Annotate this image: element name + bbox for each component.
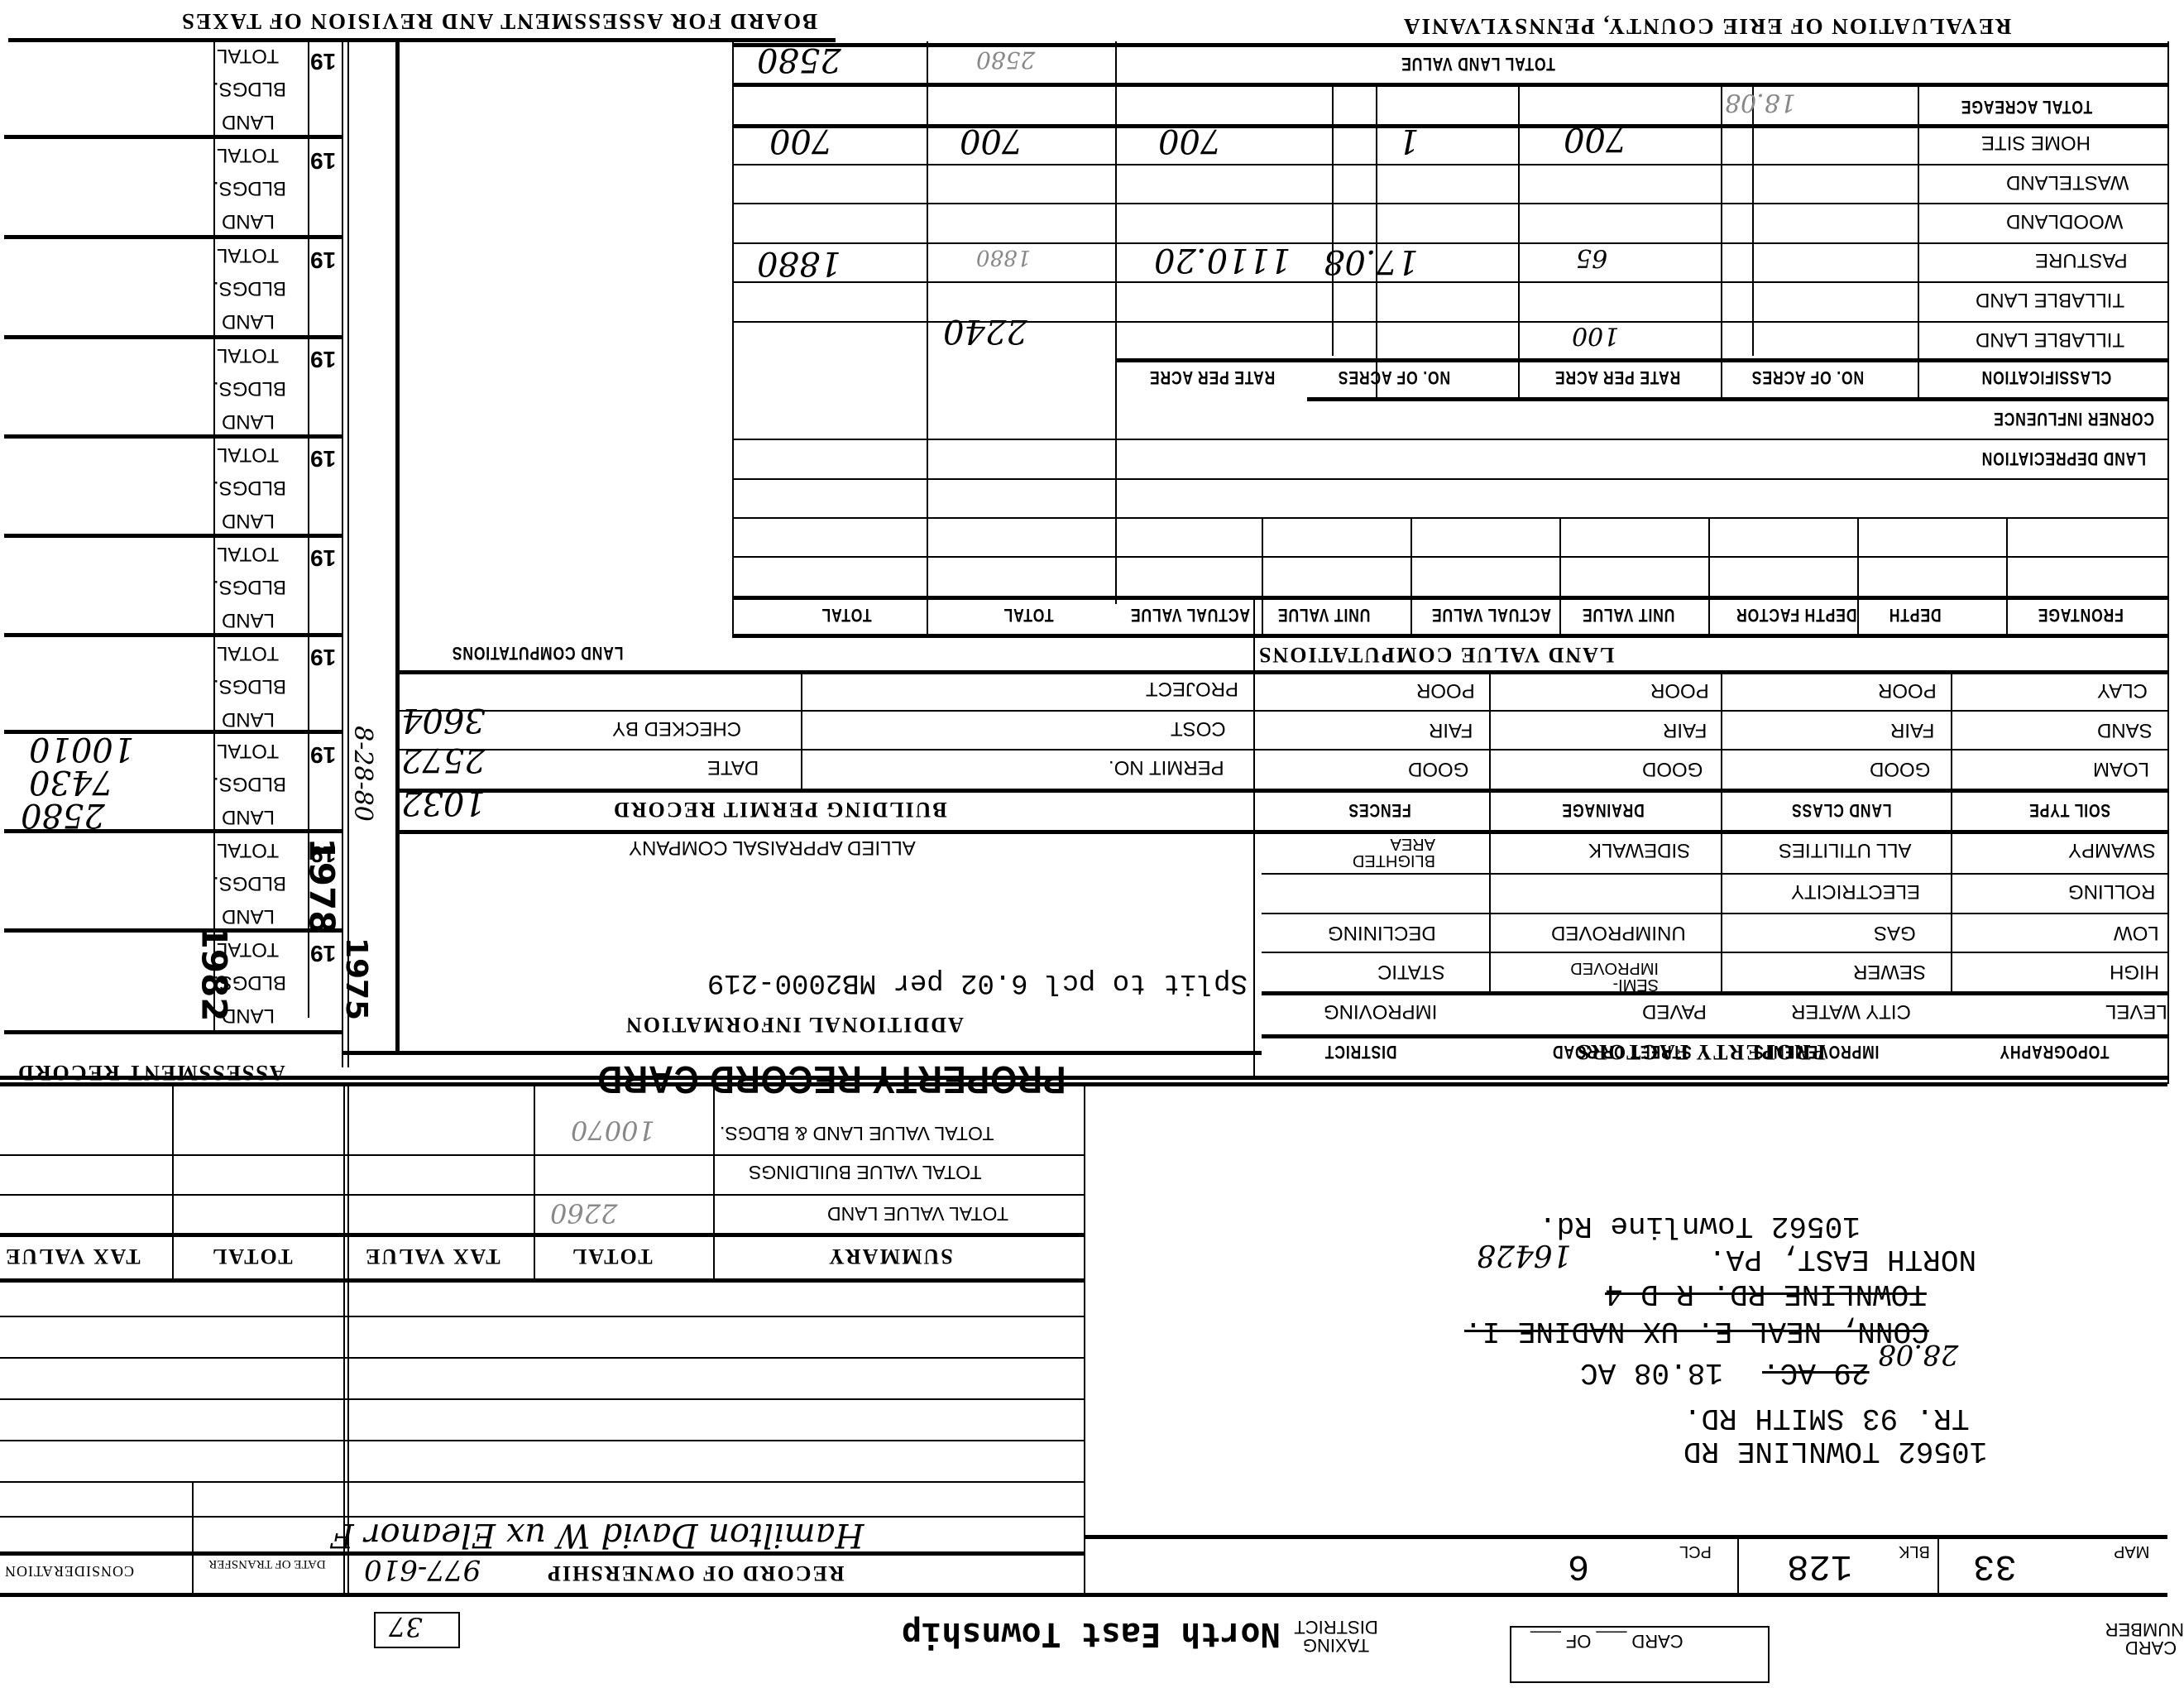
rating-good-1: GOOD <box>1870 759 1930 779</box>
address-zip: 16428 <box>1477 1240 1572 1269</box>
col-depth-factor: DEPTH FACTOR <box>1736 606 1856 624</box>
rating-poor-3: POOR <box>1416 680 1475 700</box>
label-total: TOTAL <box>217 544 279 563</box>
street-unimproved: UNIMPROVED <box>1551 923 1686 942</box>
map-label: MAP <box>2114 1543 2149 1560</box>
year-prefix: 19 <box>310 942 336 965</box>
permit-handwritten-3: 3604 <box>401 703 486 736</box>
impr-city-water: CITY WATER <box>1791 1001 1911 1021</box>
summary-col-total-1: TOTAL <box>571 1245 653 1267</box>
land-class-header: LAND CLASS <box>1791 801 1891 819</box>
label-land: LAND <box>222 112 275 132</box>
district-blighted-area: BLIGHTED AREA <box>1319 836 1435 869</box>
pasture-total: 1880 <box>757 247 841 280</box>
district-declining: DECLINING <box>1328 923 1436 942</box>
permit-handwritten-1: 1032 <box>401 786 486 819</box>
label-total: TOTAL <box>217 643 279 663</box>
total-land-value-label: TOTAL LAND VALUE <box>1401 55 1555 73</box>
impr-electricity: ELECTRICITY <box>1791 881 1920 901</box>
label-bldgs: BLDGS. <box>213 676 286 696</box>
land-computations-label: LAND COMPUTATIONS <box>452 644 624 662</box>
record-of-ownership-title: RECORD OF OWNERSHIP <box>546 1562 845 1584</box>
label-land: LAND <box>222 906 275 926</box>
pasture-value-b: 1880 <box>976 247 1031 268</box>
summary-land-bldgs-total: 10070 <box>571 1117 655 1144</box>
home-site-rate: 700 <box>1564 122 1626 156</box>
card-number-label: CARD NUMBER <box>2118 1620 2184 1657</box>
year-prefix: 19 <box>310 645 336 669</box>
district-box-number: 37 <box>389 1614 423 1640</box>
label-total: TOTAL <box>217 444 279 464</box>
rating-fair-1: FAIR <box>1890 720 1934 740</box>
pcl-label: PCL <box>1679 1543 1712 1560</box>
taxing-district-value: North East Township <box>902 1618 1281 1651</box>
fences-header: FENCES <box>1348 801 1411 819</box>
label-total: TOTAL <box>217 741 279 760</box>
corner-influence-label: CORNER INFLUENCE <box>1993 410 2154 428</box>
soil-loam: LOAM <box>2093 759 2149 779</box>
col-unit-value-1: UNIT VALUE <box>1582 606 1674 624</box>
summary-col-total-2: TOTAL <box>211 1245 293 1267</box>
rating-fair-2: FAIR <box>1663 720 1707 740</box>
label-land: LAND <box>222 709 275 729</box>
land-depreciation-label: LAND DEPRECIATION <box>1981 449 2146 468</box>
date-of-transfer-label: DATE OF TRANSFER <box>197 1557 338 1570</box>
label-bldgs: BLDGS. <box>213 378 286 398</box>
assessment-land-value: 2580 <box>21 798 105 832</box>
year-prefix: 19 <box>310 447 336 470</box>
topo-high: HIGH <box>2110 961 2159 981</box>
total-land-value: 2580 <box>757 43 841 76</box>
pcl-value: 6 <box>1568 1547 1589 1584</box>
year-prefix: 19 <box>310 743 336 766</box>
appraisal-company: ALLIED APPRAISAL COMPANY <box>629 837 916 857</box>
map-value: 33 <box>1973 1547 2017 1584</box>
street-sidewalk: SIDEWALK <box>1588 840 1690 860</box>
rating-poor-1: POOR <box>1878 680 1937 700</box>
col-actual-value-2: ACTUAL VALUE <box>1130 606 1250 624</box>
land-value-computations-title: LAND VALUE COMPUTATIONS <box>1257 644 1614 665</box>
impr-gas: GAS <box>1874 923 1916 942</box>
soil-type-header: SOIL TYPE <box>2028 801 2110 819</box>
year-prefix: 19 <box>310 348 336 371</box>
rating-fair-3: FAIR <box>1429 720 1473 740</box>
rate-per-acre-header-2: RATE PER ACRE <box>1149 368 1275 386</box>
topo-swampy: SWAMPY <box>2068 840 2156 860</box>
col-actual-value-1: ACTUAL VALUE <box>1431 606 1551 624</box>
district-header: DISTRICT <box>1324 1043 1397 1061</box>
col-unit-value-2: UNIT VALUE <box>1277 606 1370 624</box>
total-acreage-label: TOTAL ACREAGE <box>1961 98 2092 116</box>
pasture-acres: 17.08 <box>1324 245 1419 278</box>
soil-sand: SAND <box>2097 720 2153 740</box>
col-depth: DEPTH <box>1889 606 1942 624</box>
label-bldgs: BLDGS. <box>213 178 286 198</box>
topography-header: TOPOGRAPHY <box>2000 1043 2110 1061</box>
home-site-value-b: 700 <box>960 124 1023 157</box>
summary-land-label: TOTAL VALUE LAND <box>827 1204 1008 1223</box>
summary-buildings-label: TOTAL VALUE BUILDINGS <box>749 1163 982 1182</box>
taxing-district-label: TAXING DISTRICT <box>1291 1618 1382 1654</box>
assessment-bldgs-value: 7430 <box>29 765 113 798</box>
additional-info-title: ADDITIONAL INFORMATION <box>625 1014 964 1035</box>
summary-title: SUMMARY <box>827 1245 953 1267</box>
label-bldgs: BLDGS. <box>213 873 286 893</box>
street-semi-improved: SEMI-IMPROVED <box>1547 960 1659 993</box>
label-total: TOTAL <box>217 245 279 265</box>
permit-no-label: PERMIT NO. <box>1109 757 1224 777</box>
address-acreage-new: 18.08 AC <box>1580 1357 1723 1387</box>
project-label: PROJECT <box>1146 679 1238 698</box>
address-prior-route: TOWNLINE RD. R D 4 <box>1605 1278 1927 1308</box>
pasture-rate: 65 <box>1576 245 1607 270</box>
topo-low: LOW <box>2114 923 2159 942</box>
property-factors-title: PROPERTY FACTORS <box>1576 1041 1825 1062</box>
revaluation-title: REVALUATION OF ERIE COUNTY, PENNSYLVANIA <box>1402 15 2011 37</box>
tillable-rate: 100 <box>1572 323 1619 348</box>
address-line-1: 10562 TOWNLINE RD <box>1683 1436 1987 1465</box>
address-line-2: TR. 93 SMITH RD. <box>1683 1403 1970 1432</box>
rating-poor-2: POOR <box>1650 680 1709 700</box>
label-bldgs: BLDGS. <box>213 79 286 98</box>
property-record-card-title: PROPERTY RECORD CARD <box>597 1061 1066 1099</box>
label-bldgs: BLDGS. <box>213 577 286 597</box>
summary-land-bldgs-label: TOTAL VALUE LAND & BLDGS. <box>720 1124 994 1143</box>
assessment-record-title: ASSESSMENT RECORD <box>17 1062 285 1083</box>
summary-land-total: 2260 <box>550 1200 617 1226</box>
soil-clay: CLAY <box>2097 680 2148 700</box>
district-improving: IMPROVING <box>1324 1001 1437 1021</box>
board-title: BOARD FOR ASSESSMENT AND REVISION OF TAX… <box>180 10 817 32</box>
owner-handwritten: Hamilton David W ux Eleanor F <box>331 1518 864 1551</box>
district-static: STATIC <box>1377 961 1445 981</box>
tillable-value-b: 2240 <box>943 314 1027 348</box>
additional-info-note: Split to pcl 6.02 per MB2000-219 <box>707 968 1248 996</box>
rate-per-acre-header-1: RATE PER ACRE <box>1554 368 1680 386</box>
label-land: LAND <box>222 311 275 331</box>
class-label-wasteland: WASTELAND <box>2006 172 2129 192</box>
impr-sewer: SEWER <box>1853 961 1926 981</box>
card-of-label: CARD ___ OF ___ <box>1530 1632 1683 1650</box>
address-prior-owner: CONN, NEAL E. UX NADINE I. <box>1464 1316 1929 1345</box>
date-label: DATE <box>707 757 759 777</box>
label-land: LAND <box>222 511 275 530</box>
summary-col-tax-value-1: TAX VALUE <box>364 1245 500 1267</box>
class-label-tillable-1: TILLABLE LAND <box>1976 290 2124 309</box>
pasture-value-a: 1110.20 <box>1154 243 1291 276</box>
assessment-total-value: 10010 <box>29 732 134 765</box>
label-total: TOTAL <box>217 145 279 165</box>
topo-rolling: ROLLING <box>2068 881 2155 901</box>
class-label-woodland: WOODLAND <box>2006 211 2123 231</box>
label-bldgs: BLDGS. <box>213 774 286 794</box>
home-site-value-a: 700 <box>1158 124 1221 157</box>
stamp-date: 8-28-80 <box>350 726 375 822</box>
topo-level: LEVEL <box>2105 1001 2167 1021</box>
cost-label: COST <box>1171 718 1226 738</box>
stamp-1975: 1975 <box>341 938 371 1020</box>
col-total-1: TOTAL <box>1003 606 1054 624</box>
rating-good-2: GOOD <box>1642 759 1703 779</box>
classification-header: CLASSIFICATION <box>1981 368 2112 386</box>
col-frontage: FRONTAGE <box>2038 606 2124 624</box>
consideration-label: CONSIDERATION <box>4 1564 134 1579</box>
label-land: LAND <box>222 807 275 827</box>
address-acreage-old: 29 AC. <box>1762 1357 1870 1387</box>
home-site-acres: 1 <box>1398 124 1419 157</box>
home-site-total: 700 <box>769 124 832 157</box>
no-of-acres-header-2: NO. OF ACRES <box>1338 368 1450 386</box>
deed-ref: 977-610 <box>364 1556 481 1584</box>
address-current: 10562 Townline Rd. <box>1539 1211 1861 1240</box>
total-land-value-faint: 2580 <box>976 48 1035 71</box>
col-total-2: TOTAL <box>821 606 872 624</box>
no-of-acres-header-1: NO. OF ACRES <box>1751 368 1864 386</box>
building-permit-title: BUILDING PERMIT RECORD <box>612 798 947 820</box>
blk-label: BLK <box>1899 1543 1930 1560</box>
label-land: LAND <box>222 411 275 431</box>
address-city: NORTH EAST, PA. <box>1708 1244 1976 1273</box>
blk-value: 128 <box>1787 1547 1852 1584</box>
label-total: TOTAL <box>217 840 279 860</box>
label-land: LAND <box>222 211 275 231</box>
year-prefix: 19 <box>310 149 336 172</box>
street-paved: PAVED <box>1642 1001 1707 1021</box>
class-label-pasture: PASTURE <box>2035 250 2128 270</box>
drainage-header: DRAINAGE <box>1562 801 1645 819</box>
label-total: TOTAL <box>217 46 279 65</box>
year-prefix: 19 <box>310 546 336 569</box>
permit-handwritten-2: 2572 <box>401 743 486 776</box>
total-acreage-value: 18.08 <box>1725 89 1796 114</box>
year-prefix: 19 <box>310 248 336 271</box>
year-prefix: 19 <box>310 50 336 73</box>
rating-good-3: GOOD <box>1408 759 1468 779</box>
summary-col-tax-value-2: TAX VALUE <box>4 1245 141 1267</box>
impr-all-utilities: ALL UTILITIES <box>1779 840 1912 860</box>
checked-by-label: CHECKED BY <box>612 718 741 738</box>
class-label-tillable-2: TILLABLE LAND <box>1976 329 2124 349</box>
label-total: TOTAL <box>217 345 279 365</box>
stamp-1978: 1978 <box>304 838 338 935</box>
label-land: LAND <box>222 610 275 630</box>
label-bldgs: BLDGS. <box>213 278 286 298</box>
label-bldgs: BLDGS. <box>213 477 286 497</box>
class-label-home-site: HOME SITE <box>1981 132 2091 152</box>
stamp-1982: 1982 <box>196 925 231 1022</box>
